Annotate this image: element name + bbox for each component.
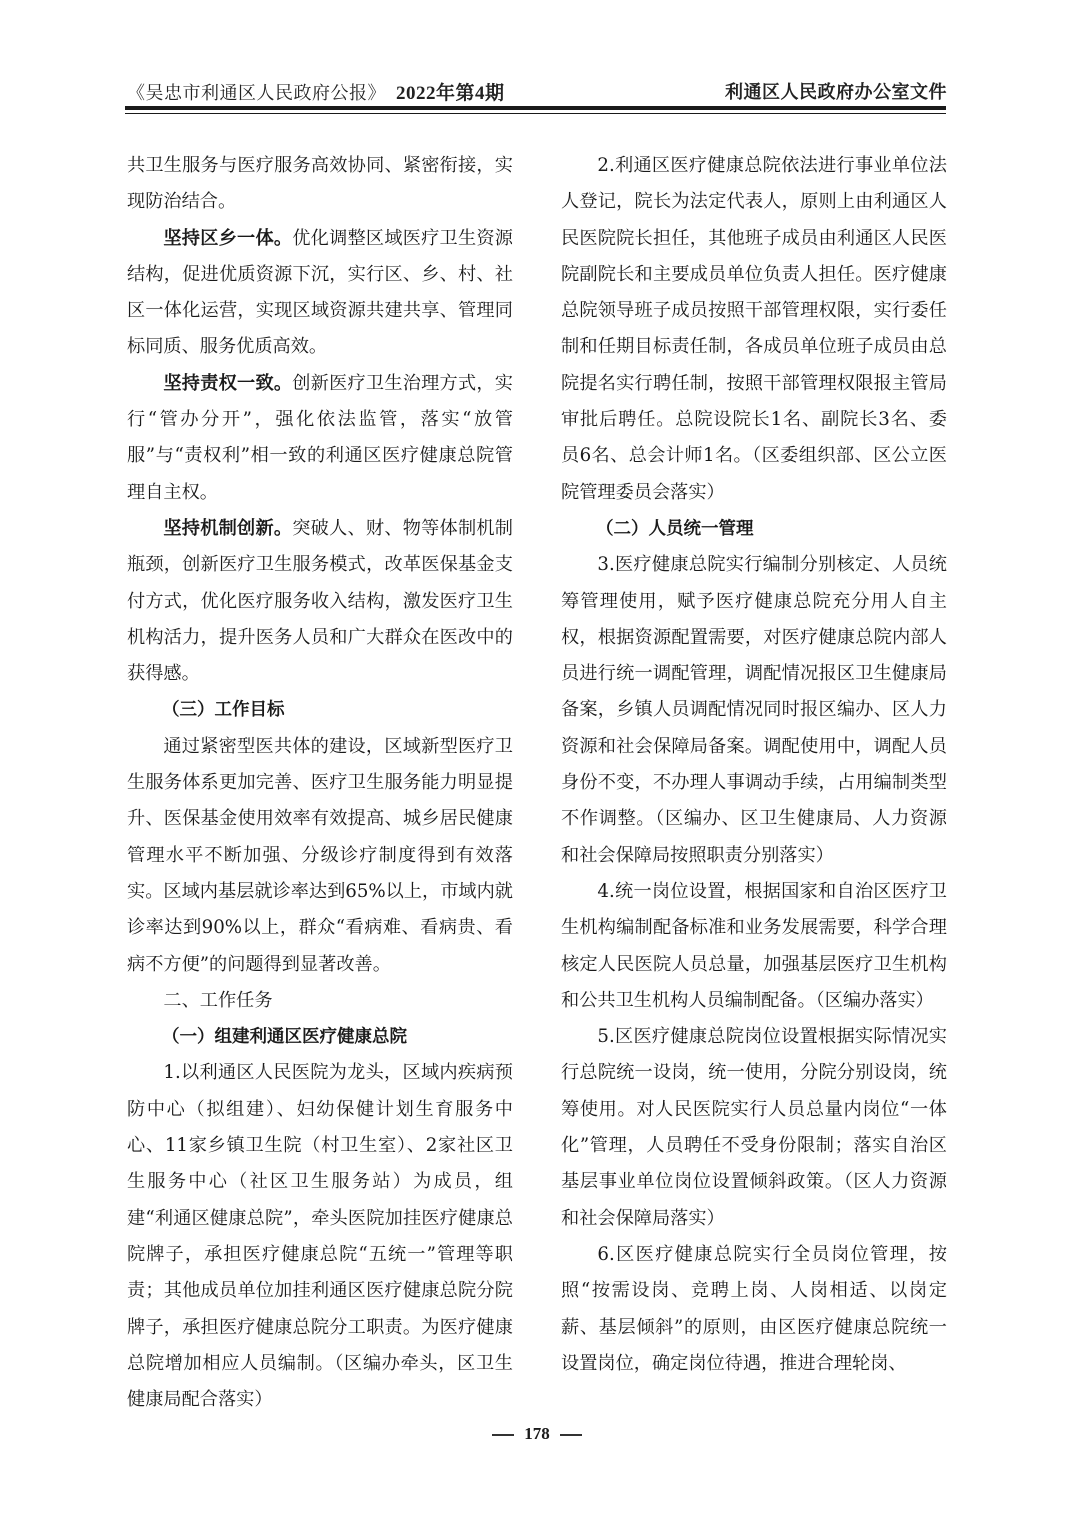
paragraph-body: 突破人、财、物等体制机制瓶颈，创新医疗卫生服务模式，改革医保基金支付方式，优化医… — [127, 518, 513, 684]
publication-title: 《吴忠市利通区人民政府公报》2022年第4期 — [127, 78, 505, 105]
paragraph-principle-innovation: 坚持机制创新。突破人、财、物等体制机制瓶颈，创新医疗卫生服务模式，改革医保基金支… — [127, 511, 513, 692]
paragraph-lead: 坚持机制创新。 — [163, 518, 292, 539]
paragraph-item-1: 1.以利通区人民医院为龙头，区域内疾病预防中心（拟组建）、妇幼保健计划生育服务中… — [127, 1055, 513, 1418]
header-rule-thin — [125, 113, 946, 114]
heading-build-hospital: （一）组建利通区医疗健康总院 — [127, 1019, 513, 1055]
running-header: 《吴忠市利通区人民政府公报》2022年第4期 利通区人民政府办公室文件 — [127, 74, 947, 104]
page-footer: 178 — [0, 1424, 1074, 1444]
paragraph: 共卫生服务与医疗服务高效协同、紧密衔接，实现防治结合。 — [127, 148, 513, 221]
heading-work-goals: （三）工作目标 — [127, 692, 513, 728]
paragraph-item-3: 3.医疗健康总院实行编制分别核定、人员统筹管理使用，赋予医疗健康总院充分用人自主… — [561, 547, 947, 874]
paragraph-principle-responsibility: 坚持责权一致。创新医疗卫生治理方式，实行“管办分开”，强化依法监管，落实“放管服… — [127, 366, 513, 511]
dash-right — [560, 1434, 582, 1436]
paragraph-item-4: 4.统一岗位设置，根据国家和自治区医疗卫生机构编制配备标准和业务发展需要，科学合… — [561, 874, 947, 1019]
issue-number: 2022年第4期 — [396, 83, 505, 104]
paragraph-item-2: 2.利通区医疗健康总院依法进行事业单位法人登记，院长为法定代表人，原则上由利通区… — [561, 148, 947, 511]
publication-name: 《吴忠市利通区人民政府公报》 — [127, 83, 386, 104]
section-title: 利通区人民政府办公室文件 — [725, 78, 947, 104]
paragraph-principle-integration: 坚持区乡一体。优化调整区域医疗卫生资源结构，促进优质资源下沉，实行区、乡、村、社… — [127, 221, 513, 366]
paragraph-item-6: 6.区医疗健康总院实行全员岗位管理，按照“按需设岗、竞聘上岗、人岗相适、以岗定薪… — [561, 1237, 947, 1382]
page-number: 178 — [524, 1424, 550, 1443]
right-column: 2.利通区医疗健康总院依法进行事业单位法人登记，院长为法定代表人，原则上由利通区… — [561, 148, 947, 1382]
left-column: 共卫生服务与医疗服务高效协同、紧密衔接，实现防治结合。 坚持区乡一体。优化调整区… — [127, 148, 513, 1418]
dash-left — [492, 1434, 514, 1436]
paragraph-item-5: 5.区医疗健康总院岗位设置根据实际情况实行总院统一设岗，统一使用，分院分别设岗，… — [561, 1019, 947, 1237]
heading-staff-management: （二）人员统一管理 — [561, 511, 947, 547]
paragraph-goals: 通过紧密型医共体的建设，区域新型医疗卫生服务体系更加完善、医疗卫生服务能力明显提… — [127, 729, 513, 983]
heading-work-tasks: 二、工作任务 — [127, 983, 513, 1019]
paragraph-lead: 坚持区乡一体。 — [163, 228, 292, 249]
paragraph-lead: 坚持责权一致。 — [163, 373, 292, 394]
header-rule-thick — [125, 106, 946, 110]
